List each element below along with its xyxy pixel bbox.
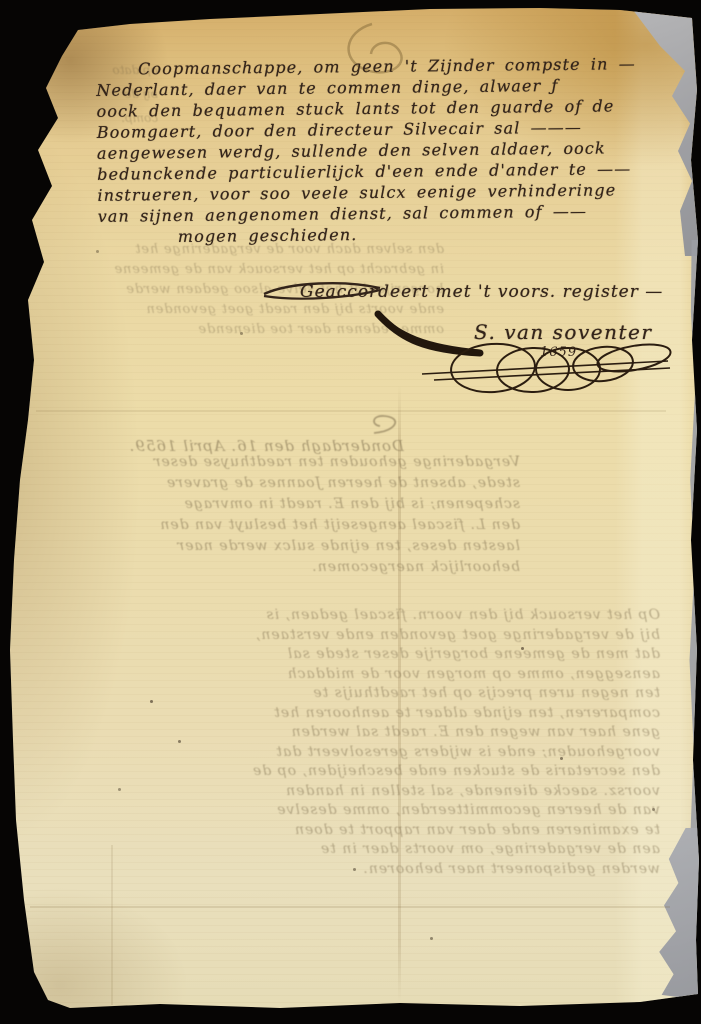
- bleed-line: werden gedisponeert naer behooren.: [42, 860, 660, 880]
- main-text-block: Coopmanschappe, om geen 't Zijnder comps…: [96, 54, 638, 249]
- bleedthrough-lower-block: Op het versouck bij den voorn. fiscael g…: [42, 606, 660, 879]
- bleed-line: omme redenen daer toe dienende: [42, 320, 444, 340]
- bleed-line: ende voorts bij den raedt goet gevonden: [42, 300, 444, 320]
- bleed-line: Op het versouck bij den voorn. fiscael g…: [42, 606, 660, 626]
- bleed-line: te examineren ende daer van rapport te d…: [42, 821, 660, 841]
- bleed-line: den secretaris de stucken ende bescheijd…: [42, 762, 660, 782]
- bleed-line: stede, absent de heeren Joannes de grave…: [48, 473, 520, 494]
- bleed-line: bij de vergaderinge goet gevonden ende v…: [42, 626, 660, 646]
- bleed-line: den L. fiscael aengeseijt het besluyt va…: [48, 515, 520, 536]
- manuscript-page: op dato bij de comp. Coopmanschappe, om …: [0, 0, 701, 1024]
- bleed-line: van de heeren gecommitteerden, omme dese…: [42, 801, 660, 821]
- bleed-line: voorsz. saecke dienende, sal stellen in …: [42, 782, 660, 802]
- bleed-line: behoorlijck naergecomen.: [48, 557, 520, 578]
- bleed-line: aenseggen, omme op morgen voor de middac…: [42, 665, 660, 685]
- fold-crease-horizontal-lower: [30, 906, 670, 908]
- bleed-line: laesten deses, ten eijnde sulcx werde na…: [48, 536, 520, 557]
- bleed-date-flourish: [370, 413, 404, 437]
- bleedthrough-upper-block: Vergaderinge gehouden ten raedthuyse des…: [48, 452, 520, 578]
- bleed-line: aen de vergaderinge, om voorts daer in t…: [42, 840, 660, 860]
- bleed-line: Vergaderinge gehouden ten raedthuyse des…: [48, 452, 520, 473]
- bleed-line: compareren, ten eijnde aldaer te aenhoor…: [42, 704, 660, 724]
- signature-year: 1659: [540, 345, 577, 360]
- bleed-line: voorgehouden; ende is wijders geresolvee…: [42, 743, 660, 763]
- approval-line: Geaccordeert met 't voors. register —: [300, 282, 663, 302]
- signature-name: S. van soventer: [474, 320, 652, 344]
- fold-crease-horizontal-upper: [36, 410, 666, 412]
- bleed-line: gene haer van wegen den E. raedt sal wer…: [42, 723, 660, 743]
- bleed-line: in gebracht op het versouck van de gemee…: [42, 260, 444, 280]
- bleed-line: schepenen; is bij den E. raedt in omvrag…: [48, 494, 520, 515]
- bleed-line: dat men de gemeene borgerije deser stede…: [42, 645, 660, 665]
- ink-specks: [150, 700, 153, 703]
- bleed-line: den selven dach voor de vergaderinge het: [42, 240, 444, 260]
- photo-backdrop: op dato bij de comp. Coopmanschappe, om …: [0, 0, 701, 1024]
- bleed-line: ten negen uren precijs op het raedthuijs…: [42, 684, 660, 704]
- repair-patch-right-edge: [686, 240, 700, 840]
